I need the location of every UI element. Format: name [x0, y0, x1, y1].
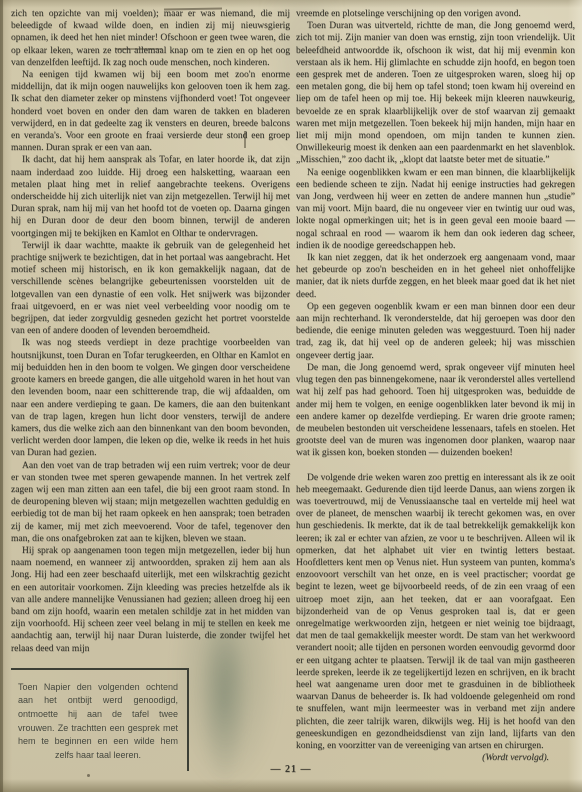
right-column: vreemde en plotselinge verschijning op d… [296, 8, 575, 764]
body-paragraph: Na eenige oogenblikken kwam er een man b… [296, 167, 575, 252]
page-edge-top [0, 0, 582, 8]
body-paragraph: Ik was nog steeds verdiept in deze prach… [11, 337, 290, 459]
body-paragraph: Ik kan niet zeggen, dat ik het onderzoek… [296, 252, 575, 301]
page-fold-line [0, 0, 3, 792]
body-paragraph: Na eenigen tijd kwamen wij bij een boom … [11, 69, 290, 154]
to-be-continued-note: (Wordt vervolgd). [296, 752, 575, 764]
body-paragraph: vreemde en plotselinge verschijning op d… [296, 8, 575, 20]
caption-text: Toen Napier den volgenden ochtend aan he… [18, 681, 178, 763]
body-paragraph: Terwijl ik daar wachtte, maakte ik gebru… [11, 240, 290, 338]
page-edge-bottom [0, 779, 582, 792]
body-paragraph: De volgende drie weken waren zoo prettig… [296, 472, 575, 753]
page-number: — 21 — [0, 764, 582, 775]
body-paragraph: De man, die Jong genoemd werd, sprak ong… [296, 362, 575, 460]
body-paragraph: Op een gegeven oogenblik kwam er een man… [296, 301, 575, 362]
left-column: zich ten opzichte van mij voelden); maar… [11, 8, 290, 771]
body-paragraph: Hij sprak op aangenamen toon tegen mijn … [11, 545, 290, 655]
body-paragraph: Aan den voet van de trap betraden wij ee… [11, 460, 290, 545]
magazine-page: zich ten opzichte van mij voelden); maar… [0, 0, 582, 792]
body-paragraph: Toen Duran was uitverteld, richtte de ma… [296, 20, 575, 166]
body-paragraph: Ik dacht, dat hij hem aansprak als Tofar… [11, 154, 290, 239]
body-paragraph: zich ten opzichte van mij voelden); maar… [11, 8, 290, 69]
caption-box: Toen Napier den volgenden ochtend aan he… [11, 668, 189, 772]
